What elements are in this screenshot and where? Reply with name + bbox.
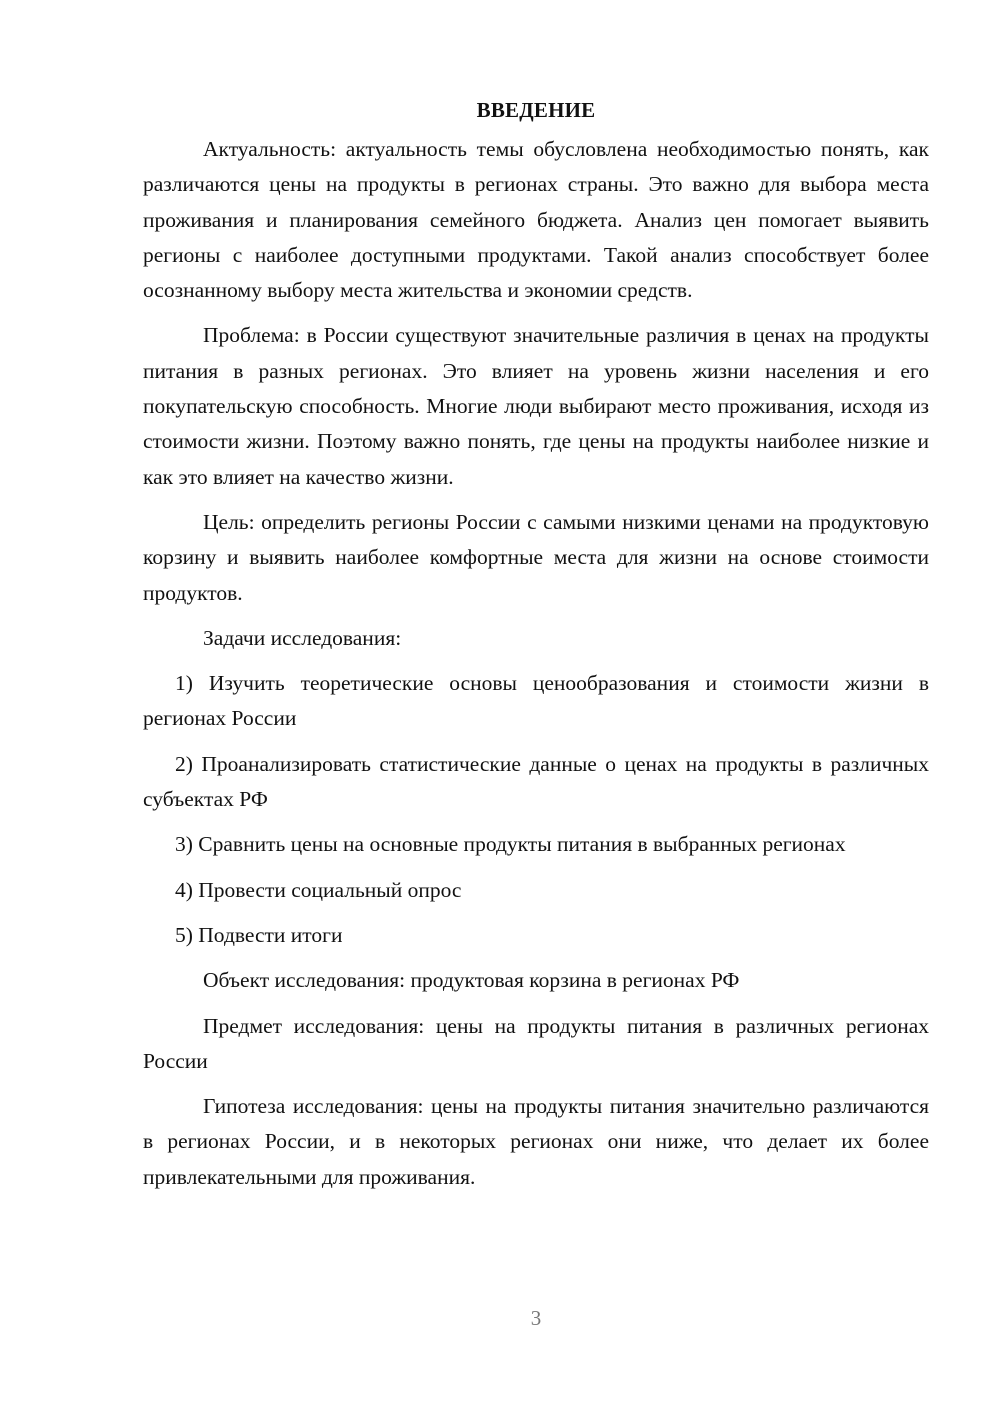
object-paragraph: Объект исследования: продуктовая корзина…: [143, 963, 929, 998]
problem-paragraph: Проблема: в России существуют значительн…: [143, 318, 929, 494]
page-title: ВВЕДЕНИЕ: [143, 94, 929, 126]
subject-paragraph: Предмет исследования: цены на продукты п…: [143, 1009, 929, 1080]
task-item: 4) Провести социальный опрос: [143, 873, 929, 908]
goal-paragraph: Цель: определить регионы России с самыми…: [143, 505, 929, 611]
tasks-label: Задачи исследования:: [143, 621, 929, 656]
document-page: ВВЕДЕНИЕ Актуальность: актуальность темы…: [0, 0, 1000, 1414]
page-content: ВВЕДЕНИЕ Актуальность: актуальность темы…: [143, 94, 929, 1205]
task-item: 5) Подвести итоги: [143, 918, 929, 953]
task-item: 2) Проанализировать статистические данны…: [143, 747, 929, 818]
page-number: 3: [0, 1304, 1000, 1332]
tasks-list: 1) Изучить теоретические основы ценообра…: [143, 666, 929, 953]
task-item: 3) Сравнить цены на основные продукты пи…: [143, 827, 929, 862]
task-item: 1) Изучить теоретические основы ценообра…: [143, 666, 929, 737]
relevance-paragraph: Актуальность: актуальность темы обусловл…: [143, 132, 929, 308]
hypothesis-paragraph: Гипотеза исследования: цены на продукты …: [143, 1089, 929, 1195]
